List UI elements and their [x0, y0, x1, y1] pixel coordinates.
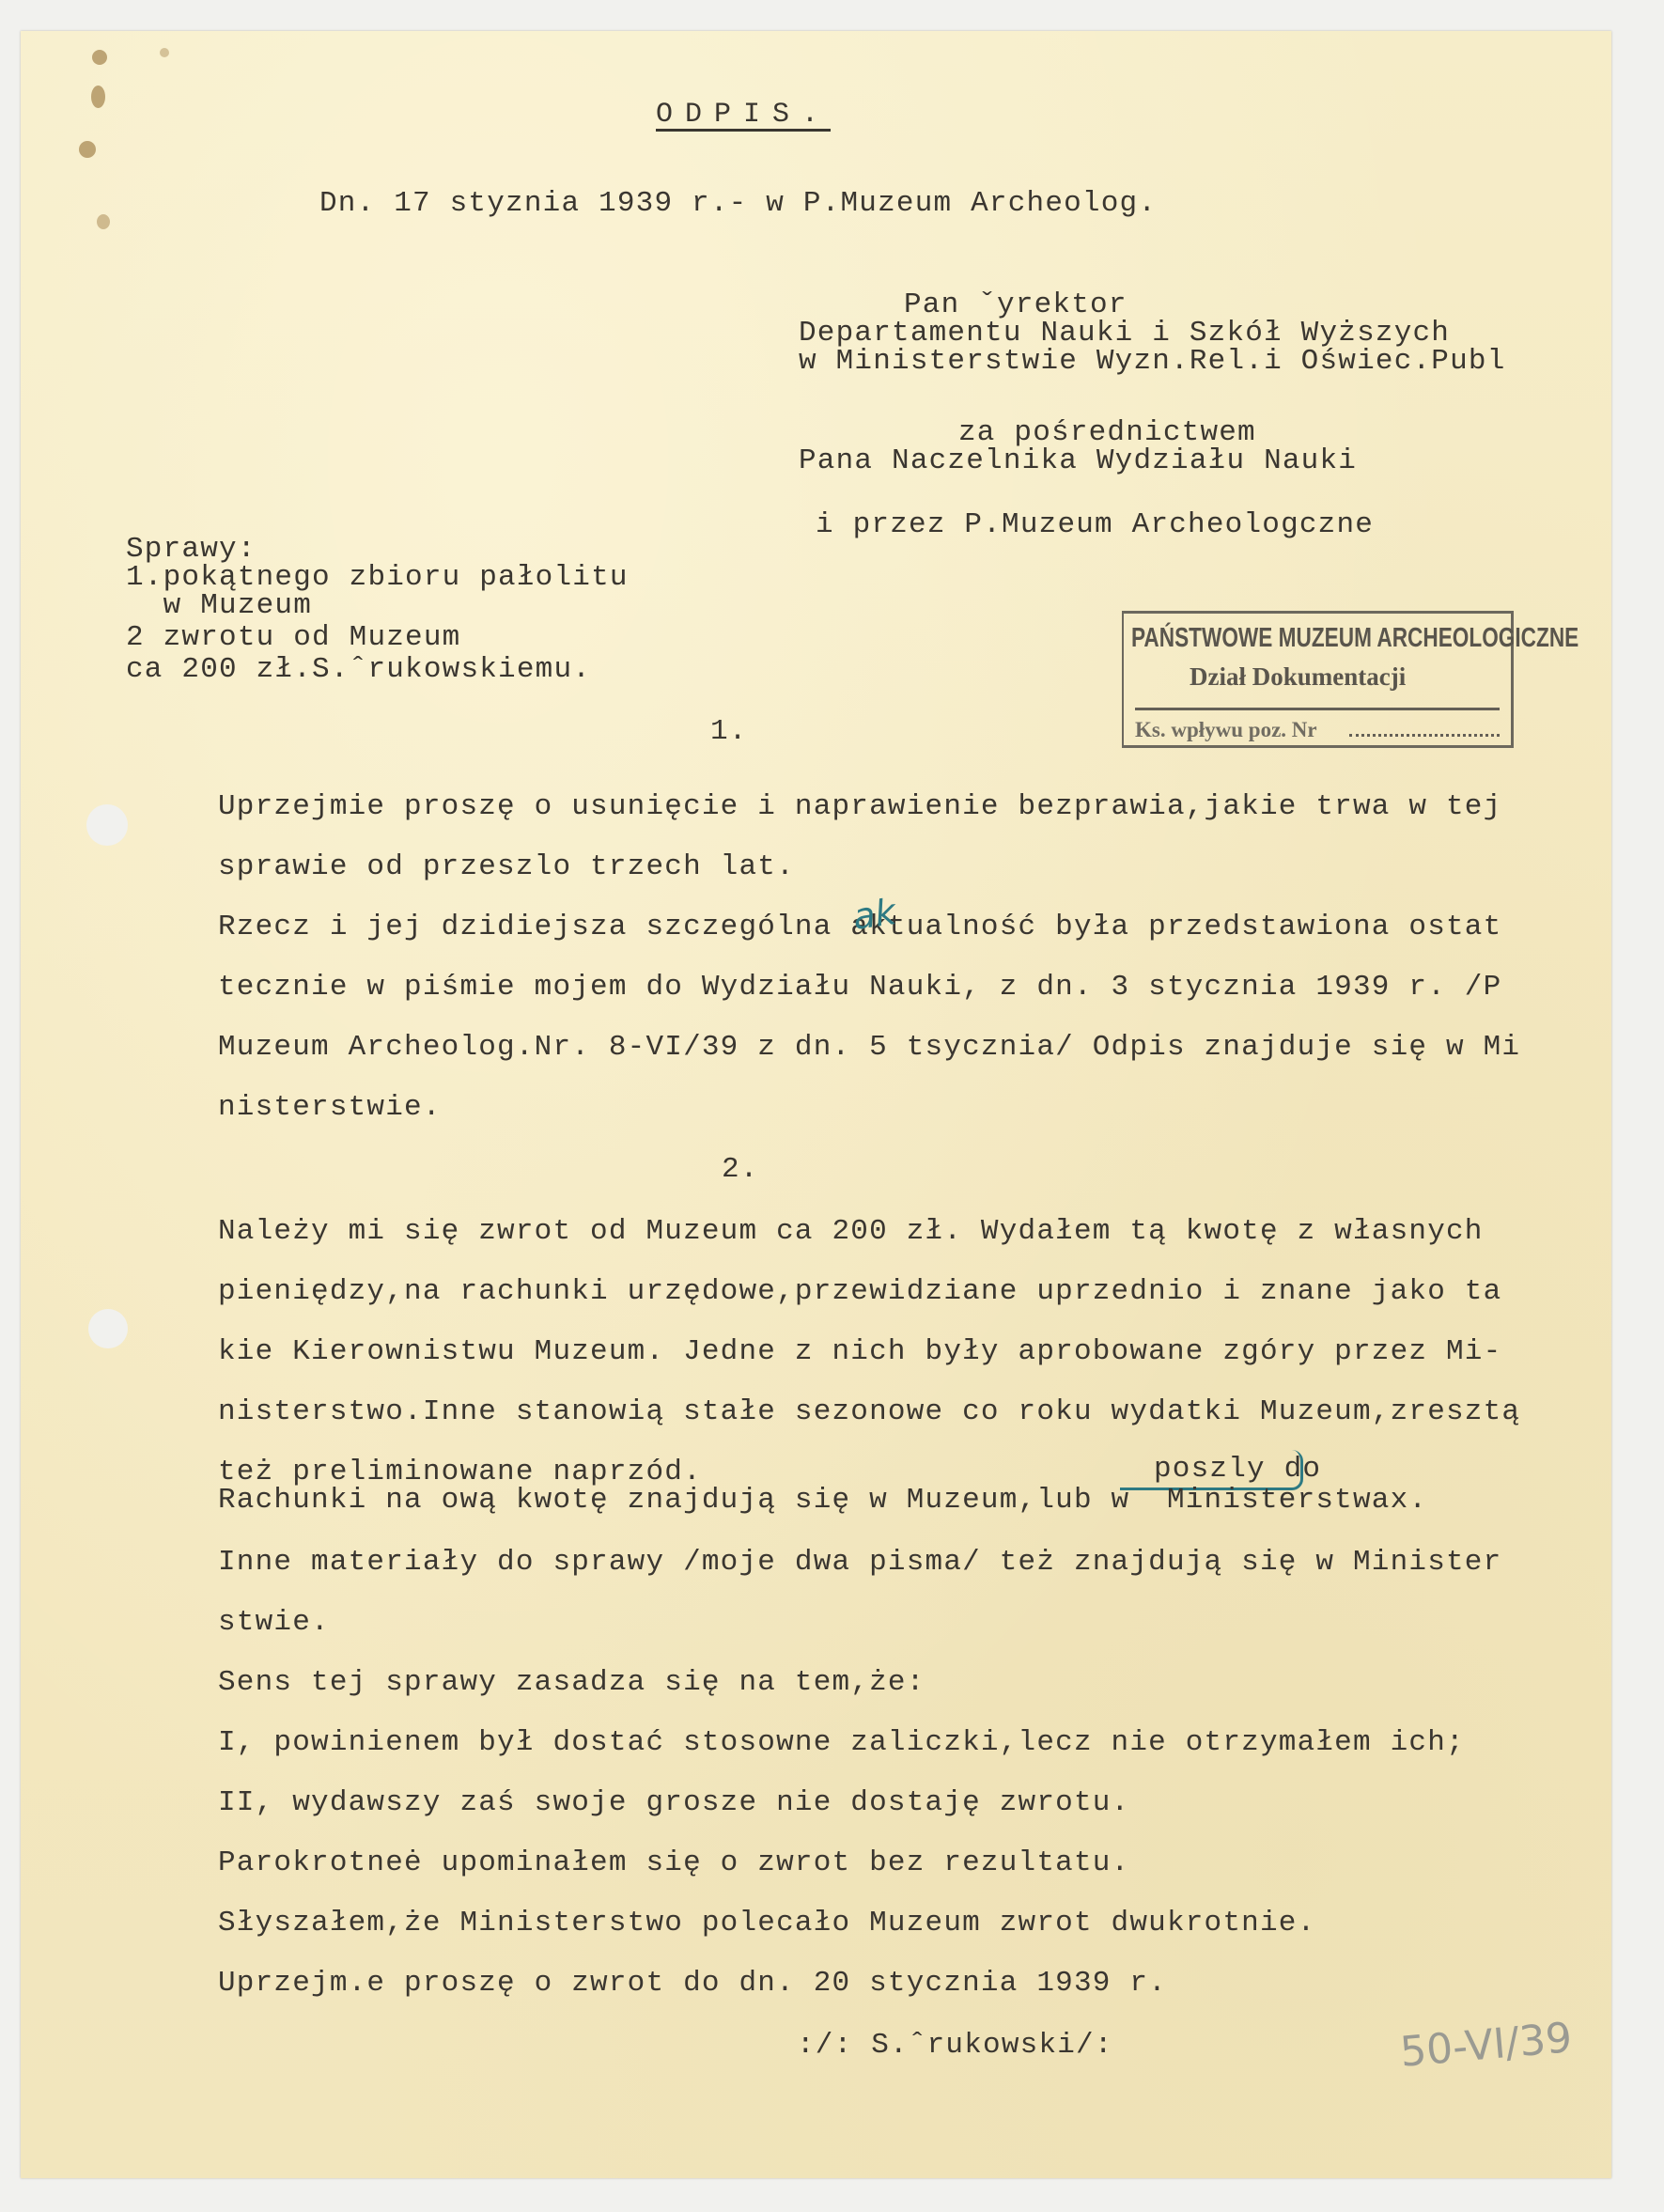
subject-line: 1.pokątnego zbioru pałolitu: [126, 563, 629, 592]
stain-mark: [79, 141, 96, 158]
section-number: 1.: [710, 717, 748, 746]
body-line: Parokrotneė upominałem się o zwrot bez r…: [218, 1848, 1129, 1877]
subject-line: w Muzeum: [126, 591, 312, 620]
stamp-register-blank: [1349, 734, 1500, 737]
addressee-line: Departamentu Nauki i Szkół Wyższych: [799, 319, 1450, 348]
stain-mark: [97, 214, 110, 229]
section-number: 2.: [722, 1155, 759, 1184]
stamp-institution: PAŃSTWOWE MUZEUM ARCHEOLOGICZNE: [1131, 623, 1578, 654]
stamp-register-label: Ks. wpływu poz. Nr: [1135, 718, 1317, 742]
body-line: pieniędzy,na rachunki urzędowe,przewidzi…: [218, 1277, 1501, 1306]
document-title: ODPIS.: [656, 99, 831, 131]
body-line: II, wydawszy zaś swoje grosze nie dostaj…: [218, 1788, 1129, 1817]
body-line: też preliminowane naprzód.: [218, 1457, 702, 1487]
subject-line: 2 zwrotu od Muzeum: [126, 623, 460, 652]
body-line: Słyszałem,że Ministerstwo polecało Muzeu…: [218, 1908, 1315, 1938]
date-line: Dn. 17 styznia 1939 r.- w P.Muzeum Arche…: [319, 189, 1157, 218]
pencil-reference-number: 50-VI/39: [1398, 2014, 1574, 2077]
handwritten-correction: ak: [850, 891, 898, 938]
stamp-department: Dział Dokumentacji: [1190, 662, 1406, 692]
body-line: Uprzejm.e proszę o zwrot do dn. 20 stycz…: [218, 1969, 1167, 1998]
body-line: nisterstwo.Inne stanowią stałe sezonowe …: [218, 1397, 1520, 1426]
body-line: Rachunki na ową kwotę znajdują się w Muz…: [218, 1486, 1427, 1515]
punch-hole: [88, 1309, 128, 1348]
body-line: Należy mi się zwrot od Muzeum ca 200 zł.…: [218, 1217, 1484, 1246]
body-line: sprawie od przeszlo trzech lat.: [218, 852, 795, 881]
stamp-divider: [1135, 708, 1500, 710]
through-line: i przez P.Muzeum Archeologczne: [816, 510, 1374, 539]
subject-line: Sprawy:: [126, 535, 257, 564]
body-line: Sens tej sprawy zasadza się na tem,że:: [218, 1668, 925, 1697]
body-line: nisterstwie.: [218, 1093, 442, 1122]
body-line: Uprzejmie proszę o usunięcie i naprawien…: [218, 792, 1501, 821]
museum-stamp: PAŃSTWOWE MUZEUM ARCHEOLOGICZNE Dział Do…: [1122, 611, 1514, 748]
signature: :/: S.ˆrukowski/:: [797, 2031, 1113, 2060]
via-line: za pośrednictwem: [958, 418, 1256, 447]
document-page: ODPIS. Dn. 17 styznia 1939 r.- w P.Muzeu…: [21, 31, 1611, 2178]
punch-hole: [86, 804, 128, 846]
via-line: Pana Naczelnika Wydziału Nauki: [799, 446, 1357, 475]
stain-mark: [160, 48, 169, 57]
stain-mark: [92, 50, 107, 65]
body-line: Muzeum Archeolog.Nr. 8-VI/39 z dn. 5 tsy…: [218, 1033, 1520, 1062]
body-line: Inne materiały do sprawy /moje dwa pisma…: [218, 1548, 1501, 1577]
addressee-line: w Ministerstwie Wyzn.Rel.i Oświec.Publ: [799, 347, 1506, 376]
body-line: tecznie w piśmie mojem do Wydziału Nauki…: [218, 973, 1501, 1002]
subject-line: ca 200 zł.S.ˆrukowskiemu.: [126, 655, 591, 684]
body-line: kie Kierownistwu Muzeum. Jedne z nich by…: [218, 1337, 1501, 1366]
body-line: I, powinienem był dostać stosowne zalicz…: [218, 1728, 1465, 1757]
addressee-line: Pan ˇyrektor: [904, 290, 1127, 319]
body-line: stwie.: [218, 1608, 330, 1637]
stain-mark: [91, 86, 105, 108]
